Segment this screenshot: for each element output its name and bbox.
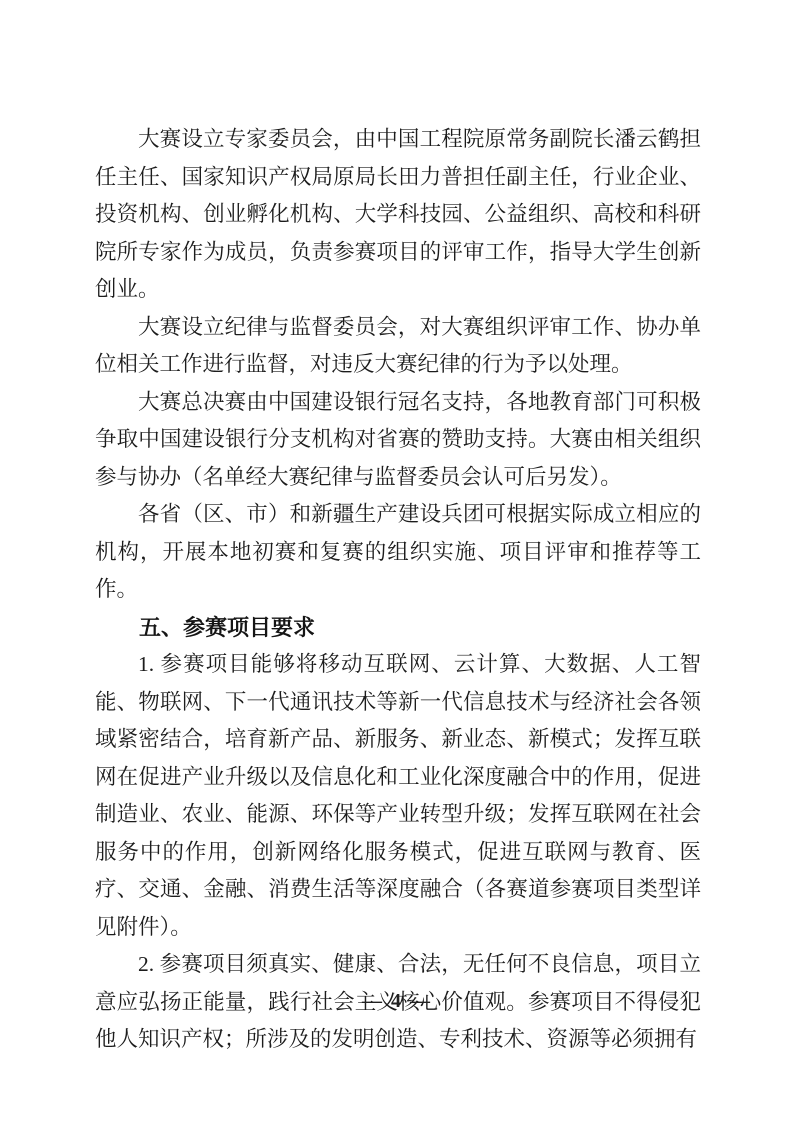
paragraph-expert-committee: 大赛设立专家委员会，由中国工程院原常务副院长潘云鹤担任主任、国家知识产权局原局长…: [95, 121, 701, 309]
paragraph-sponsor: 大赛总决赛由中国建设银行冠名支持，各地教育部门可积极争取中国建设银行分支机构对省…: [95, 384, 701, 497]
page-number-text: — 4 —: [362, 990, 432, 1012]
paragraph-provinces: 各省（区、市）和新疆生产建设兵团可根据实际成立相应的机构，开展本地初赛和复赛的组…: [95, 496, 701, 609]
section-heading-project-requirements: 五、参赛项目要求: [95, 609, 701, 647]
page-number: — 4 —: [0, 986, 794, 1016]
paragraph-discipline-committee: 大赛设立纪律与监督委员会，对大赛组织评审工作、协办单位相关工作进行监督，对违反大…: [95, 309, 701, 384]
document-page: 大赛设立专家委员会，由中国工程院原常务副院长潘云鹤担任主任、国家知识产权局原局长…: [0, 0, 794, 1123]
document-body: 大赛设立专家委员会，由中国工程院原常务副院长潘云鹤担任主任、国家知识产权局原局长…: [95, 121, 701, 1059]
paragraph-requirement-1: 1. 参赛项目能够将移动互联网、云计算、大数据、人工智能、物联网、下一代通讯技术…: [95, 646, 701, 946]
